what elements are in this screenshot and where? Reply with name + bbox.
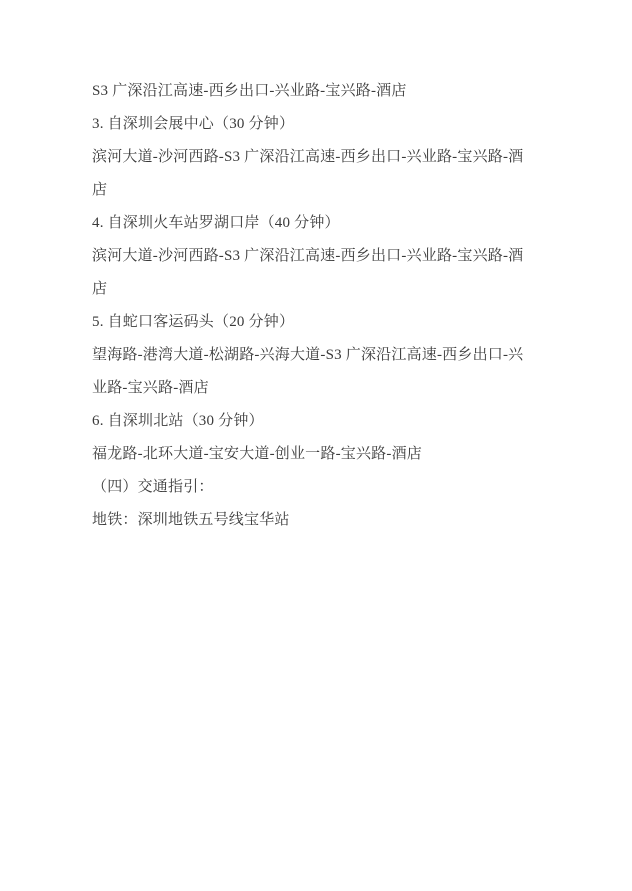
text-line: 滨河大道-沙河西路-S3 广深沿江高速-西乡出口-兴业路-宝兴路-酒 <box>92 141 540 174</box>
text-line: 滨河大道-沙河西路-S3 广深沿江高速-西乡出口-兴业路-宝兴路-酒 <box>92 240 540 273</box>
text-line: 店 <box>92 273 540 306</box>
document-page: S3 广深沿江高速-西乡出口-兴业路-宝兴路-酒店 3. 自深圳会展中心（30 … <box>0 0 632 891</box>
text-line: 业路-宝兴路-酒店 <box>92 372 540 405</box>
text-line: 福龙路-北环大道-宝安大道-创业一路-宝兴路-酒店 <box>92 438 540 471</box>
text-line: 3. 自深圳会展中心（30 分钟） <box>92 108 540 141</box>
text-line: 5. 自蛇口客运码头（20 分钟） <box>92 306 540 339</box>
text-line: （四）交通指引： <box>92 471 540 504</box>
text-line: 地铁：深圳地铁五号线宝华站 <box>92 504 540 537</box>
text-line: 望海路-港湾大道-松湖路-兴海大道-S3 广深沿江高速-西乡出口-兴 <box>92 339 540 372</box>
text-line: 6. 自深圳北站（30 分钟） <box>92 405 540 438</box>
text-line: 店 <box>92 174 540 207</box>
document-text-block: S3 广深沿江高速-西乡出口-兴业路-宝兴路-酒店 3. 自深圳会展中心（30 … <box>92 75 540 537</box>
text-line: S3 广深沿江高速-西乡出口-兴业路-宝兴路-酒店 <box>92 75 540 108</box>
text-line: 4. 自深圳火车站罗湖口岸（40 分钟） <box>92 207 540 240</box>
